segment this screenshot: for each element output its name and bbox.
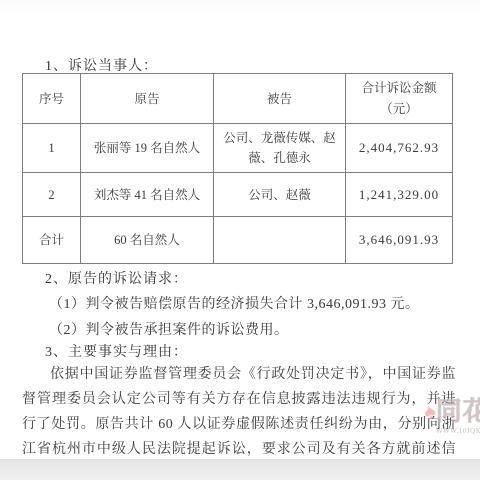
cell-plaintiff: 张丽等 19 名自然人 — [81, 124, 214, 173]
table-row: 2 刘杰等 41 名自然人 公司、赵薇 1,241,329.00 — [23, 173, 453, 217]
section1-heading: 1、诉讼当事人： — [45, 55, 158, 75]
cell-no: 合计 — [23, 217, 81, 264]
table-header-row: 序号 原告 被告 合计诉讼金额 （元） — [23, 74, 453, 124]
cell-defendant: 公司、龙薇传媒、赵薇、孔德永 — [214, 124, 346, 173]
cell-amount: 1,241,329.00 — [346, 173, 453, 217]
table-row: 1 张丽等 19 名自然人 公司、龙薇传媒、赵薇、孔德永 2,404,762.9… — [23, 124, 453, 173]
cell-no: 1 — [23, 124, 81, 173]
section2-heading: 2、原告的诉讼请求： — [45, 268, 188, 288]
litigation-parties-table: 序号 原告 被告 合计诉讼金额 （元） 1 张丽等 19 名自然人 公司、龙薇传… — [22, 73, 453, 264]
header-amount-line2: （元） — [351, 99, 447, 120]
cell-amount: 2,404,762.93 — [346, 124, 453, 173]
cell-no: 2 — [23, 173, 81, 217]
section3-heading: 3、主要事实与理由： — [45, 341, 188, 361]
cell-plaintiff: 60 名自然人 — [81, 217, 214, 264]
claim-item-2: （2）判令被告承担案件的诉讼费用。 — [49, 319, 289, 339]
document-page: { "section1": { "heading": "1、诉讼当事人：" },… — [0, 0, 480, 480]
header-cell-plaintiff: 原告 — [81, 74, 214, 124]
table-total-row: 合计 60 名自然人 3,646,091.93 — [23, 217, 453, 264]
footer-strip — [0, 459, 480, 480]
cell-defendant — [214, 217, 346, 264]
scan-artifact-top — [0, 0, 480, 16]
cell-plaintiff: 刘杰等 41 名自然人 — [81, 173, 214, 217]
cell-defendant: 公司、赵薇 — [214, 173, 346, 217]
cell-amount: 3,646,091.93 — [346, 217, 453, 264]
header-cell-no: 序号 — [23, 74, 81, 124]
claim-item-1: （1）判令被告赔偿原告的经济损失合计 3,646,091.93 元。 — [49, 293, 420, 313]
header-cell-amount: 合计诉讼金额 （元） — [346, 74, 453, 124]
header-cell-defendant: 被告 — [214, 74, 346, 124]
header-amount-line1: 合计诉讼金额 — [351, 78, 447, 99]
